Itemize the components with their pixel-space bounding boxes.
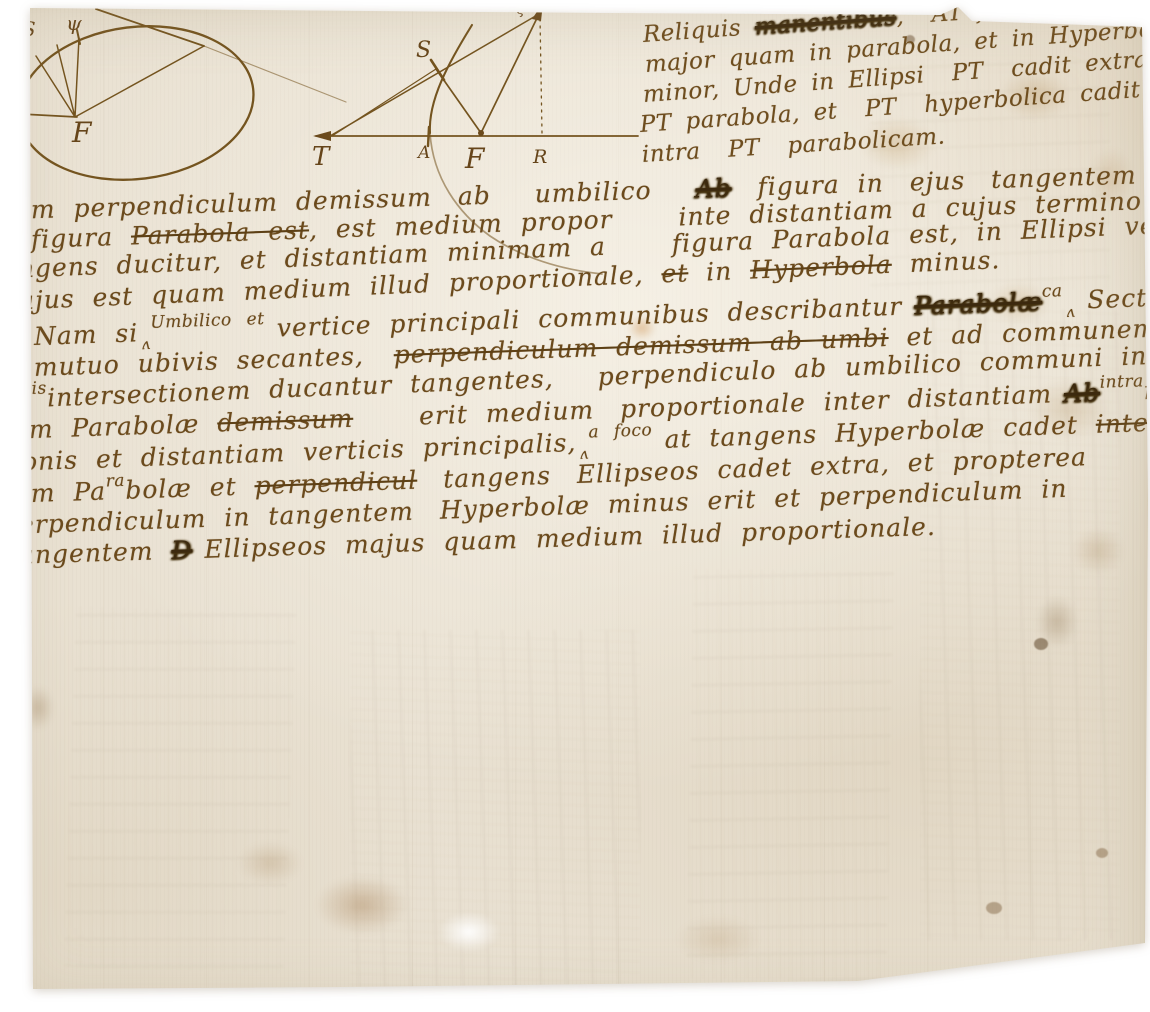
text-segment: tangens	[443, 461, 552, 494]
text-segment: tangentem	[8, 536, 172, 570]
white-damage-patch	[438, 912, 500, 952]
deleted-blot: Ab	[695, 173, 732, 203]
point-label-A: A	[416, 143, 430, 163]
ink-stain	[1036, 596, 1078, 648]
text-segment: lem Parabolæ	[3, 409, 217, 445]
manuscript-page: S ψ F T A F R S ς Reliquis man	[0, 0, 1150, 1012]
line-F-apex	[481, 14, 539, 133]
ink-stain	[676, 916, 760, 962]
interlinear-insertion: Umbilico et	[150, 309, 265, 333]
ink-stain	[238, 842, 302, 884]
strikethrough-text: inter	[1095, 408, 1150, 439]
parabola-curve-upper	[430, 25, 472, 133]
point-label-s: S	[22, 17, 36, 41]
interlinear-insertion: mpis	[3, 378, 47, 400]
point-label-R: R	[532, 146, 547, 168]
ellipse-curve	[10, 13, 263, 193]
apex-arrowhead	[532, 3, 543, 21]
tangent-line	[96, 9, 204, 46]
deleted-blot: Ab	[1063, 378, 1100, 408]
apex-label: ς	[516, 0, 525, 18]
deleted-blot: Parabolæ	[914, 287, 1043, 320]
showthrough-text-patch	[686, 568, 893, 981]
text-segment: intersec	[1143, 372, 1150, 405]
ink-stain	[1072, 528, 1124, 574]
point-label-T: T	[312, 142, 331, 172]
ordinate-dashed-line	[540, 17, 542, 133]
interlinear-insertion: ca	[1041, 281, 1062, 302]
point-label-S: S	[416, 38, 431, 63]
strikethrough-text: Hyperbola	[750, 250, 893, 285]
text-segment: Reliquis	[642, 14, 756, 48]
strikethrough-text: perpendicul	[254, 466, 418, 501]
interlinear-insertion: a foco	[588, 420, 652, 442]
ink-speck	[1096, 848, 1108, 858]
strikethrough-text: manentibus	[754, 4, 897, 40]
interlinear-insertion: ra	[105, 471, 125, 492]
focus-point-F	[478, 130, 484, 136]
ink-speck	[1034, 638, 1048, 650]
text-segment: ab	[457, 181, 491, 211]
text-segment: erit medium	[419, 395, 595, 430]
showthrough-text-patch	[64, 606, 296, 973]
text-segment: minus.	[891, 245, 1001, 279]
text-segment: Sectiones conicæ	[1087, 277, 1150, 315]
ink-stain	[22, 686, 54, 730]
text-segment: bolæ et	[125, 471, 255, 504]
interlinear-insertion: intra	[1099, 371, 1144, 393]
point-label-p: ψ	[66, 11, 82, 35]
deleted-blot: D	[171, 535, 193, 565]
axis-line	[2, 113, 77, 117]
paper-shadow: S ψ F T A F R S ς Reliquis man	[0, 0, 1150, 1012]
paper-sheet: S ψ F T A F R S ς Reliquis man	[0, 0, 1150, 1012]
text-segment: Nam si	[33, 318, 138, 351]
text-segment: in	[688, 256, 751, 288]
showthrough-text-patch	[350, 630, 640, 990]
focus-label-F: F	[464, 142, 486, 175]
ink-speck	[986, 902, 1002, 914]
ink-stain	[316, 876, 408, 934]
text-segment: tem Pa	[3, 476, 106, 509]
focus-label-f: F	[71, 116, 93, 149]
strikethrough-text: demissum	[217, 404, 354, 438]
axis-arrowhead	[313, 131, 331, 141]
strikethrough-text: et	[661, 258, 689, 288]
line-T-S	[332, 69, 436, 136]
